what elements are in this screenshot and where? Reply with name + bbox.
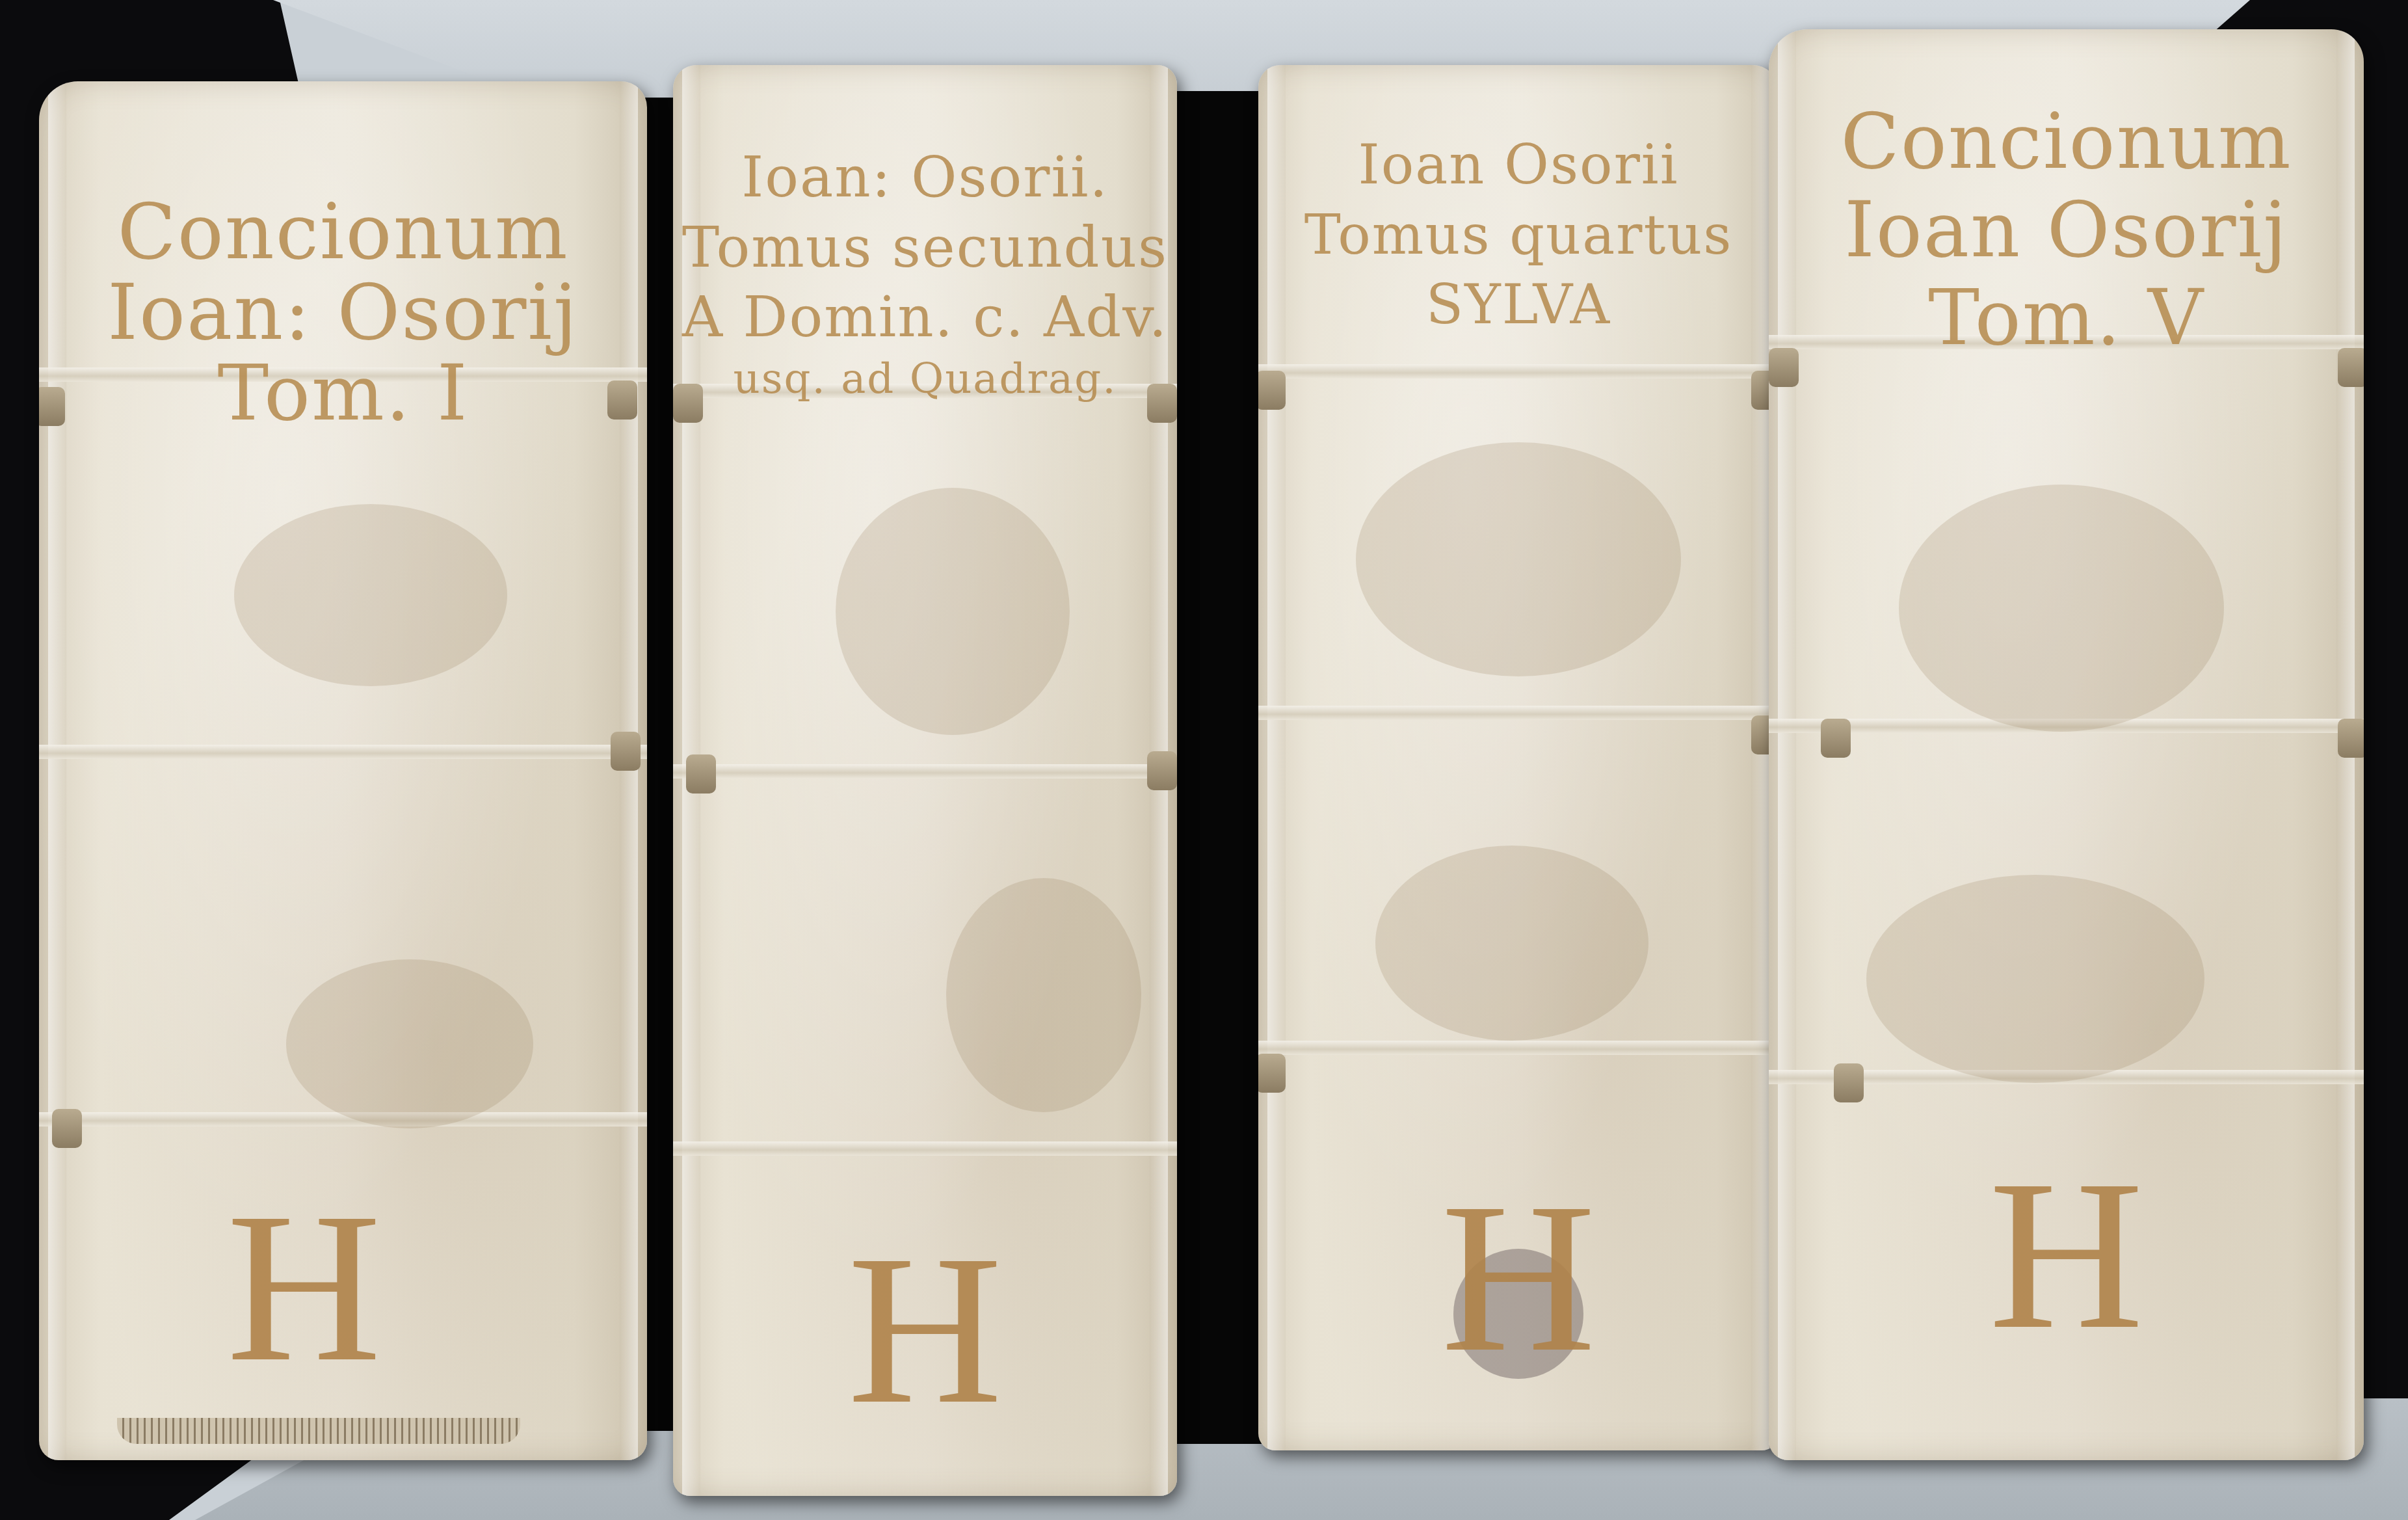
raised-band bbox=[1258, 706, 1779, 720]
book-spine-2: Ioan: Osorii. Tomus secundus A Domin. c.… bbox=[673, 65, 1177, 1496]
spine-title: Concionum Ioan Osorij Tom. V bbox=[1769, 98, 2364, 362]
tie-stub bbox=[52, 1109, 82, 1148]
stain bbox=[286, 959, 533, 1128]
stain bbox=[946, 878, 1141, 1112]
shelf-mark-letter: H bbox=[673, 1223, 1177, 1437]
tie-stub bbox=[1258, 1054, 1286, 1093]
book-spine-4: Concionum Ioan Osorij Tom. V H bbox=[1769, 29, 2364, 1460]
headband-stitching bbox=[117, 1418, 520, 1444]
book-spine-1: Concionum Ioan: Osorij Tom. I H bbox=[39, 81, 647, 1460]
book-spine-3: Ioan Osorii Tomus quartus SYLVA H bbox=[1258, 65, 1779, 1450]
stain bbox=[836, 488, 1070, 735]
raised-band bbox=[673, 1141, 1177, 1156]
tie-stub bbox=[611, 732, 641, 771]
tie-stub bbox=[1258, 371, 1286, 410]
stain bbox=[234, 504, 507, 686]
spine-title: Concionum Ioan: Osorij Tom. I bbox=[39, 192, 647, 434]
stain bbox=[1375, 846, 1648, 1041]
stain bbox=[1866, 875, 2204, 1083]
raised-band bbox=[39, 745, 647, 759]
raised-band bbox=[1258, 1041, 1779, 1055]
spine-title: Ioan Osorii Tomus quartus SYLVA bbox=[1258, 130, 1779, 340]
spine-title: Ioan: Osorii. Tomus secundus A Domin. c.… bbox=[673, 143, 1177, 405]
shelf-mark-letter: H bbox=[1258, 1171, 1779, 1385]
gap-2-3 bbox=[1171, 91, 1262, 1444]
shelf-mark-letter: H bbox=[39, 1180, 647, 1395]
raised-band bbox=[1258, 364, 1779, 379]
tie-stub bbox=[1821, 719, 1851, 758]
raised-band bbox=[673, 764, 1177, 779]
tie-stub bbox=[1834, 1063, 1864, 1102]
stain bbox=[1899, 485, 2224, 732]
tie-stub bbox=[2338, 719, 2364, 758]
tie-stub bbox=[686, 754, 716, 793]
shelf-mark-letter: H bbox=[1769, 1148, 2364, 1363]
tie-stub bbox=[1147, 751, 1177, 790]
stain bbox=[1356, 442, 1681, 676]
